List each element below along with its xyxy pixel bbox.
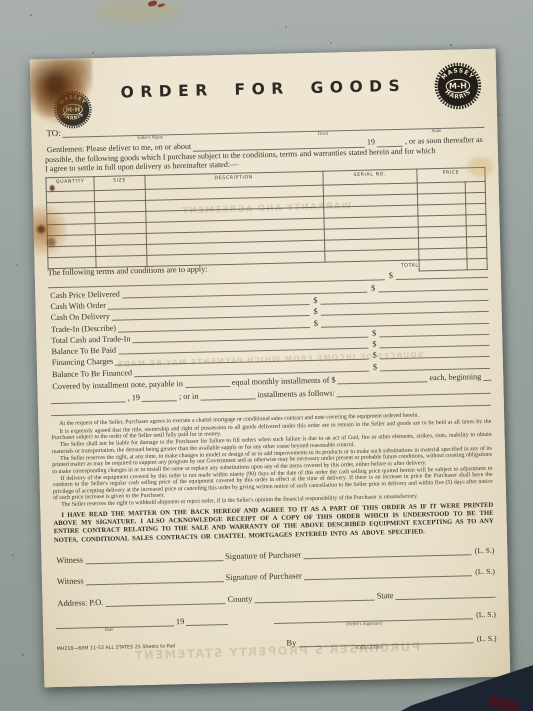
witness-label: Witness: [54, 555, 85, 565]
address-row: Address: P.O. County State: [55, 585, 495, 608]
svg-text:M-H: M-H: [449, 81, 467, 90]
witness-row-1: Witness Signature of Purchaser (L. S.): [54, 542, 494, 565]
blank-line: [395, 597, 495, 600]
conditions-paragraphs: At the request of the Seller, Purchaser …: [51, 411, 493, 509]
term-label: Financing Charges: [50, 357, 116, 368]
to-label: TO:: [44, 128, 63, 138]
dollar-sign: $: [385, 271, 396, 280]
witness-label: Witness: [55, 576, 86, 586]
state-label: State: [375, 591, 396, 600]
blank-line: [483, 380, 491, 381]
order-form-page: WARRANTY AND AGREEMENT SOURCES OF INCOME…: [30, 49, 511, 688]
installment-text: installments as follows:: [255, 388, 337, 399]
surface-stain: [95, 0, 180, 22]
sellers-name-label: Seller's Name: [137, 135, 163, 141]
massey-harris-badge-icon: MASSEY HARRIS M-H: [434, 62, 482, 110]
stain-dot: [50, 185, 55, 191]
dollar-sign: $: [309, 307, 320, 316]
by-label: By: [284, 639, 298, 648]
blank-line: [304, 575, 472, 580]
col-size: SIZE: [94, 175, 145, 190]
page-title: ORDER FOR GOODS: [43, 57, 484, 103]
acknowledgement-paragraph: I HAVE READ THE MATTER ON THE BACK HEREO…: [53, 502, 494, 546]
dollar-sign: $: [369, 351, 380, 360]
witness-row-2: Witness Signature of Purchaser (L. S.): [55, 563, 495, 586]
sellers-signature-label: (Seller's Signature): [346, 621, 382, 627]
dollar-sign: $: [367, 283, 378, 292]
blank-line: [85, 560, 223, 564]
term-label: Trade-In (Describe): [49, 323, 118, 334]
blank-line: [303, 554, 471, 559]
intro-text: , or as soon thereafter as: [403, 135, 485, 147]
official-title-label: (Official Title): [356, 646, 384, 652]
address-label: Address: P.O.: [55, 598, 105, 608]
edge-stain: [30, 199, 68, 260]
purchaser-signature-label: Signature of Purchaser: [223, 571, 303, 582]
form-header: MASSEY HARRIS M-H ORDER FOR GOODS MASSEY…: [43, 57, 484, 119]
county-label: County: [226, 594, 255, 604]
purchaser-signature-label: Signature of Purchaser: [223, 550, 303, 561]
locus-sigilli-label: (L. S.): [472, 546, 495, 556]
dollar-sign: $: [368, 340, 379, 349]
dollar-sign: $: [309, 296, 320, 305]
date-label: Date: [104, 628, 113, 633]
year-prefix: 19: [174, 617, 187, 626]
surface-speckles: [30, 14, 32, 16]
installment-text: , 19: [126, 393, 142, 402]
dollar-sign: $: [369, 362, 380, 371]
town-label: Town: [317, 132, 328, 137]
locus-sigilli-label: (L. S.): [472, 567, 495, 577]
blank-line: [86, 581, 224, 585]
yellow-stain: [467, 157, 493, 178]
term-label: Cash Price Delivered: [48, 289, 122, 300]
term-label: Cash With Order: [48, 301, 108, 311]
dollar-sign: $: [310, 318, 321, 327]
stain-over-logo: [36, 78, 87, 127]
year-prefix: 19: [365, 137, 377, 147]
installment-text: each, beginning: [427, 372, 483, 382]
photo-scene: WARRANTY AND AGREEMENT SOURCES OF INCOME…: [0, 0, 533, 711]
blank-line: [105, 603, 225, 607]
state-label: State: [432, 129, 441, 134]
dollar-sign: $: [368, 328, 379, 337]
installment-text: ; or in: [177, 391, 201, 401]
term-label: Cash On Delivery: [49, 312, 112, 322]
term-label: Balance To Be Paid: [49, 346, 118, 357]
blank-line: [254, 600, 374, 604]
